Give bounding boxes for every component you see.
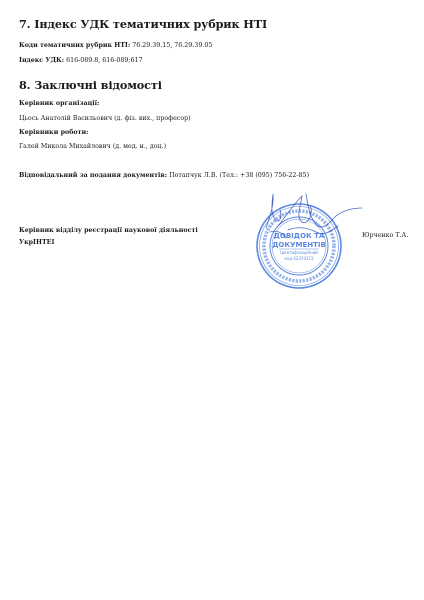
head-of-organization-value: Цьось Анатолій Васильович (д. фіз. вих.,…: [19, 115, 191, 123]
responsible-value: Потапчук Л.В. (Тел.: +38 (095) 756-22-85…: [167, 172, 309, 179]
signature-scribble-icon: [258, 186, 368, 256]
signer-position-line1: Керівник відділу реєстрації наукової дія…: [19, 227, 198, 235]
section-7-title: 7. Індекс УДК тематичних рубрик НТІ: [19, 17, 267, 31]
section-8-title: 8. Заключні відомості: [19, 78, 162, 92]
handwritten-signature: [258, 186, 368, 256]
udk-value: 616-089.8, 616-089;617: [64, 57, 142, 64]
ntі-codes-value: 76.29.39.15, 76.29.39.05: [130, 42, 212, 49]
signer-position-line2: УкрІНТЕІ: [19, 239, 54, 247]
head-of-organization-label: Керівник організації:: [19, 100, 99, 108]
responsible-label: Відповідальний за подання документів:: [19, 172, 167, 179]
ntі-codes-line: Коди тематичних рубрик НТІ: 76.29.39.15,…: [19, 42, 212, 50]
responsible-line: Відповідальний за подання документів: По…: [19, 172, 309, 180]
svg-text:код 42374172: код 42374172: [284, 256, 314, 261]
udk-line: Індекс УДК: 616-089.8, 616-089;617: [19, 57, 143, 65]
supervisors-label: Керівники роботи:: [19, 129, 89, 137]
supervisors-value: Галей Микола Михайлович (д. мед. н., доц…: [19, 143, 166, 151]
ntі-codes-label: Коди тематичних рубрик НТІ:: [19, 42, 130, 49]
udk-label: Індекс УДК:: [19, 57, 64, 64]
signer-name: Юрченко Т.А.: [362, 232, 408, 240]
